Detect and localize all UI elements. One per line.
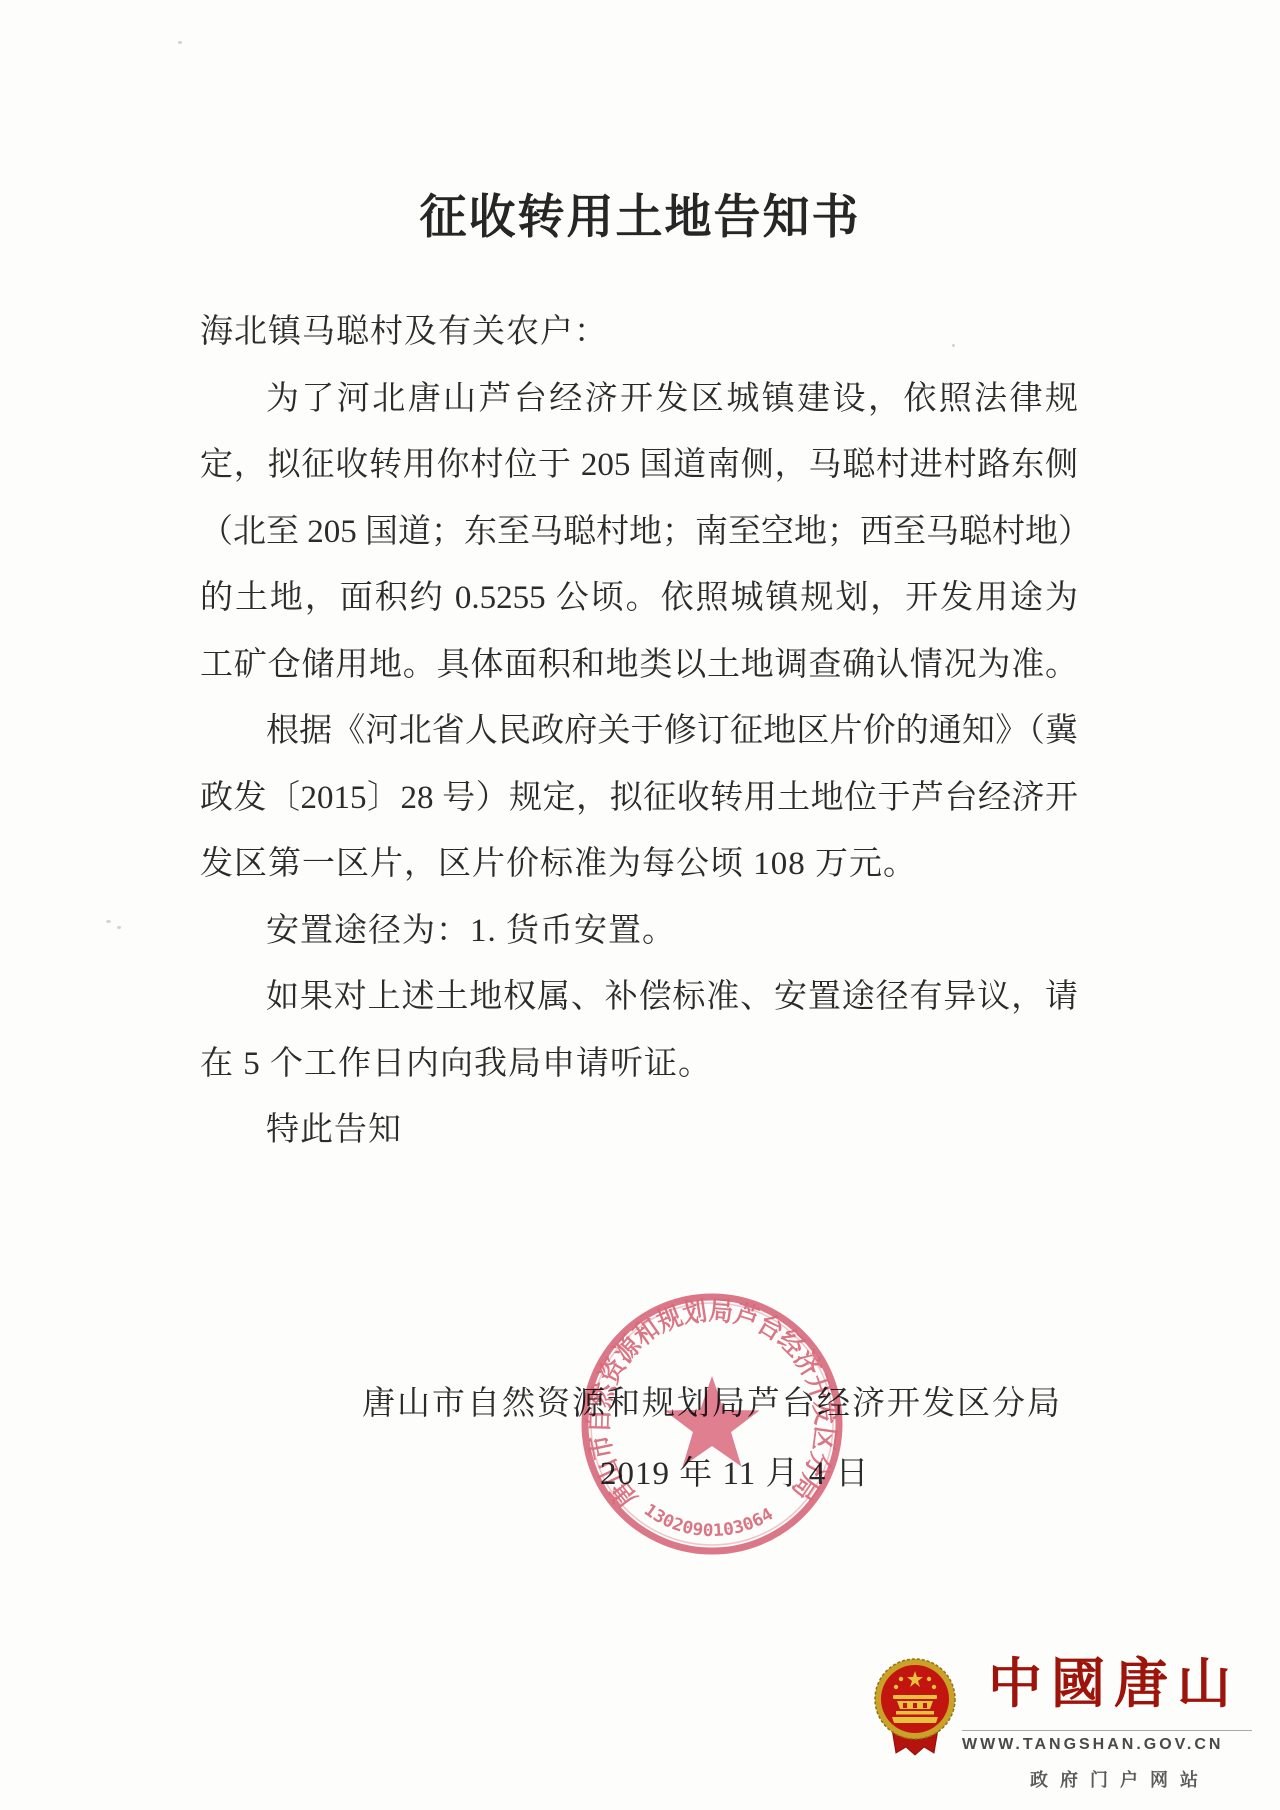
addressee-line: 海北镇马聪村及有关农户：: [200, 299, 1078, 366]
seal-star-icon: [664, 1376, 759, 1466]
body-line: 的土地，面积约 0.5255 公顷。依照城镇规划，开发用途为: [200, 565, 1078, 632]
brand-divider: [962, 1730, 1252, 1731]
body-line: 安置途径为：1. 货币安置。: [200, 898, 1078, 965]
body-line: 发区第一区片，区片价标准为每公顷 108 万元。: [200, 831, 1078, 898]
body-line: 定，拟征收转用你村位于 205 国道南侧，马聪村进村路东侧: [200, 432, 1078, 499]
scan-speck: [106, 920, 111, 923]
scan-speck: [952, 344, 955, 347]
body-line: 政发〔2015〕28 号）规定，拟征收转用土地位于芦台经济开: [200, 765, 1078, 832]
brand-title: 中國唐山: [988, 1652, 1254, 1716]
prc-national-emblem-icon: [872, 1657, 958, 1761]
body-line: 根据《河北省人民政府关于修订征地区片价的通知》（冀: [200, 698, 1078, 765]
document-body: 海北镇马聪村及有关农户： 为了河北唐山芦台经济开发区城镇建设，依照法律规 定，拟…: [200, 299, 1078, 1164]
body-line: （北至 205 国道；东至马聪村地；南至空地；西至马聪村地）: [200, 499, 1078, 566]
portal-tagline: 政府门户网站: [1030, 1766, 1210, 1788]
body-line: 在 5 个工作日内向我局申请听证。: [200, 1031, 1078, 1098]
scan-speck: [178, 41, 182, 44]
body-line: 为了河北唐山芦台经济开发区城镇建设，依照法律规: [200, 366, 1078, 433]
scan-speck: [117, 926, 121, 929]
document-title: 征收转用土地告知书: [0, 180, 1280, 234]
scanned-notice-page: 征收转用土地告知书 海北镇马聪村及有关农户： 为了河北唐山芦台经济开发区城镇建设…: [0, 0, 1280, 1810]
website-url: WWW.TANGSHAN.GOV.CN: [962, 1736, 1254, 1756]
tangshan-portal-logo: 中國唐山 WWW.TANGSHAN.GOV.CN 政府门户网站: [860, 1650, 1260, 1800]
body-line: 工矿仓储用地。具体面积和地类以土地调查确认情况为准。: [200, 632, 1078, 699]
body-line: 如果对上述土地权属、补偿标准、安置途径有异议，请: [200, 964, 1078, 1031]
official-seal: 唐山市自然资源和规划局芦台经济开发区分局 1302090103064: [577, 1289, 847, 1559]
closing-line: 特此告知: [200, 1097, 1078, 1164]
seal-code: 1302090103064: [640, 1500, 777, 1541]
